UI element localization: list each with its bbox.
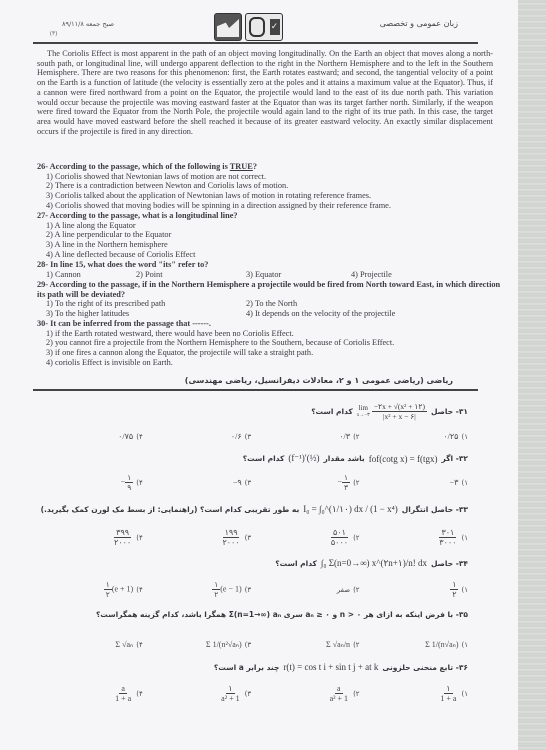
option: ۱)۱1 + a <box>365 684 468 703</box>
question-29: 29- According to the passage, if in the … <box>37 280 507 319</box>
option: 4) Projectile <box>351 270 392 280</box>
header-page-number: (۳) <box>50 30 57 37</box>
option: 2) There is a contradiction between Newt… <box>37 181 507 191</box>
option: 2) To the North <box>246 299 297 309</box>
math-question-36: ۳۶- تابع منحنی حلزونی r(t) = cos t i + s… <box>214 662 468 672</box>
certification-logo-icon: ✓ <box>245 13 283 41</box>
option: ۳)۱۹۹۲۰۰۰ <box>148 528 251 547</box>
option: 1) Coriolis showed that Newtonian laws o… <box>37 172 507 182</box>
option: ۴)۱۲(e + 1) <box>40 580 143 599</box>
question-30: 30- It can be inferred from the passage … <box>37 319 507 368</box>
reading-passage: The Coriolis Effect is most apparent in … <box>37 49 493 136</box>
question-27: 27- According to the passage, what is a … <box>37 211 507 260</box>
option: ۴)−۱۹ <box>40 473 143 492</box>
option: ۴)a1 + a <box>40 684 143 703</box>
math-question-33: ۳۳- حاصل انتگرال I₀ = ∫₀^(۱/۱۰) dx / (1 … <box>41 504 468 515</box>
option: 1) A line along the Equator <box>37 221 507 231</box>
option: 4) A line deflected because of Coriolis … <box>37 250 507 260</box>
option: ۱)۳۰۱۳۰۰۰ <box>365 528 468 547</box>
option: ۲)Σ √aₙ/n <box>257 640 360 649</box>
option: 1) To the right of its prescribed path <box>46 299 246 309</box>
question-stem: 26- According to the passage, which of t… <box>37 162 507 172</box>
math-question-35: ۳۵- با فرض اینکه به ازای هر n > ۰ و aₙ ≥… <box>96 610 468 619</box>
math-options-35: ۱)Σ 1/(n√aₙ) ۲)Σ √aₙ/n ۳)Σ 1/(n²√aₙ) ۴)Σ… <box>40 640 468 649</box>
passage-text: The Coriolis Effect is most apparent in … <box>37 49 493 136</box>
climber-logo-icon <box>214 13 242 41</box>
header-divider <box>33 42 478 44</box>
question-stem: 30- It can be inferred from the passage … <box>37 319 507 329</box>
option: ۲)aa² + 1 <box>257 684 360 703</box>
math-section-divider <box>33 389 478 391</box>
option: 2) A line perpendicular to the Equator <box>37 230 507 240</box>
question-26: 26- According to the passage, which of t… <box>37 162 507 211</box>
option: ۴)Σ √aₙ <box>40 640 143 649</box>
question-stem: 29- According to the passage, if in the … <box>37 280 507 299</box>
option: ۳)−۹ <box>148 478 251 487</box>
option: ۴)۰/۷۵ <box>40 432 143 441</box>
math-options-32: ۱)−۳ ۲)−۱۳ ۳)−۹ ۴)−۱۹ <box>40 473 468 492</box>
option: ۱)۰/۲۵ <box>365 432 468 441</box>
option: 1) if the Earth rotated westward, there … <box>37 329 507 339</box>
option: ۴)۳۹۹۲۰۰۰ <box>40 528 143 547</box>
header-logos: ✓ <box>214 13 283 41</box>
header-subject: زبان عمومی و تخصصی <box>380 19 458 28</box>
option: 4) It depends on the velocity of the pro… <box>246 309 395 319</box>
page-edge-binding <box>518 0 546 750</box>
option: 2) Point <box>136 270 246 280</box>
math-options-36: ۱)۱1 + a ۲)aa² + 1 ۳)۱a² + 1 ۴)a1 + a <box>40 684 468 703</box>
option: 3) A line in the Northern hemisphere <box>37 240 507 250</box>
option: ۲)−۱۳ <box>257 473 360 492</box>
option: ۱)−۳ <box>365 478 468 487</box>
option: ۳)۱۲(e − 1) <box>148 580 251 599</box>
question-stem: 27- According to the passage, what is a … <box>37 211 507 221</box>
math-question-34: ۳۴- حاصل ∫₀ Σ(n=0→∞) x^(۲n+۱)/n! dx کدام… <box>275 558 468 569</box>
option: 4) Coriolis showed that moving bodies wi… <box>37 201 507 211</box>
math-options-33: ۱)۳۰۱۳۰۰۰ ۲)۵۰۱۵۰۰۰ ۳)۱۹۹۲۰۰۰ ۴)۳۹۹۲۰۰۰ <box>40 528 468 547</box>
option: 3) Equator <box>246 270 351 280</box>
limit-expression: limx→−۳ −۲x + √(x² + ۱۲)|x² + x − ۶| <box>357 402 427 421</box>
option: 3) To the higher latitudes <box>46 309 246 319</box>
question-28: 28- In line 15, what does the word "its"… <box>37 260 507 279</box>
option: 1) Cannon <box>46 270 136 280</box>
option: 3) Coriolis talked about the application… <box>37 191 507 201</box>
option: ۳)۱a² + 1 <box>148 684 251 703</box>
option: ۳)Σ 1/(n²√aₙ) <box>148 640 251 649</box>
math-options-31: ۱)۰/۲۵ ۲)۰/۳ ۳)۰/۶ ۴)۰/۷۵ <box>40 432 468 441</box>
option: ۲)۵۰۱۵۰۰۰ <box>257 528 360 547</box>
math-options-34: ۱)۱۲ ۲)صفر ۳)۱۲(e − 1) ۴)۱۲(e + 1) <box>40 580 468 599</box>
math-section-title: ریاضی (ریاضی عمومی ۱ و ۲، معادلات دیفران… <box>185 376 453 385</box>
option: 2) you cannot fire a projectile from the… <box>37 338 507 348</box>
option: 4) coriolis Effect is invisible on Earth… <box>37 358 507 368</box>
option: ۱)۱۲ <box>365 580 468 599</box>
option: ۳)۰/۶ <box>148 432 251 441</box>
question-stem: 28- In line 15, what does the word "its"… <box>37 260 507 270</box>
option: ۲)صفر <box>257 586 360 594</box>
option: 3) if one fires a cannon along the Equat… <box>37 348 507 358</box>
option: ۲)۰/۳ <box>257 432 360 441</box>
math-question-32: ۳۲- اگر fof(cotg x) = f(tgx) باشد مقدار … <box>243 453 468 464</box>
header-session: صبح جمعه ۸۹/۱۱/۸ <box>62 20 114 28</box>
math-question-31: ۳۱- حاصل limx→−۳ −۲x + √(x² + ۱۲)|x² + x… <box>311 402 468 421</box>
option: ۱)Σ 1/(n√aₙ) <box>365 640 468 649</box>
exam-page: زبان عمومی و تخصصی صبح جمعه ۸۹/۱۱/۸ (۳) … <box>0 0 518 750</box>
